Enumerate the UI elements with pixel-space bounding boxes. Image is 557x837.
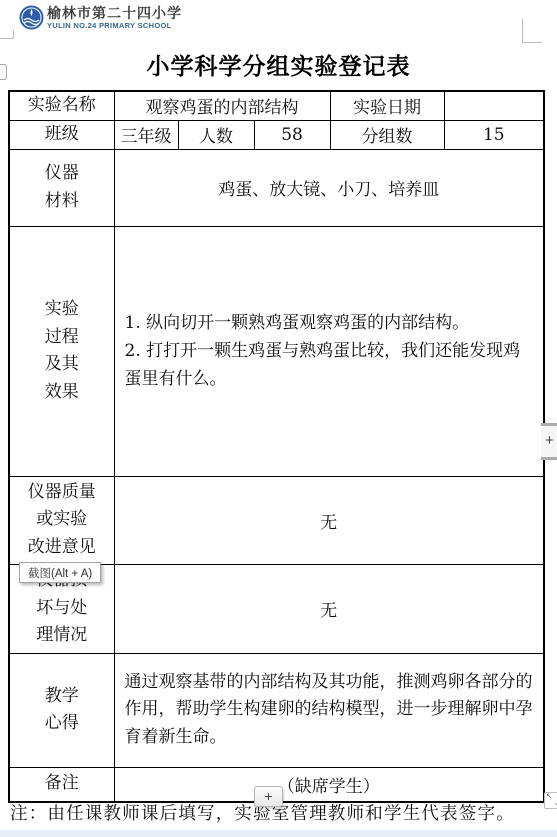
cell-procedure-value[interactable]: 1. 纵向切开一颗熟鸡蛋观察鸡蛋的内部结构。 2. 打打开一颗生鸡蛋与熟鸡蛋比较… bbox=[114, 226, 544, 476]
label-line: 心得 bbox=[10, 710, 114, 738]
cell-quality-feedback-label[interactable]: 仪器质量 或实验 改进意见 bbox=[9, 476, 114, 564]
cell-experiment-date-value[interactable] bbox=[444, 91, 544, 120]
cell-group-count-value[interactable]: 15 bbox=[444, 120, 544, 149]
arrow-nw-icon: ↖ bbox=[546, 792, 552, 800]
table-row: 班级 三年级 人数 58 分组数 15 bbox=[9, 120, 544, 149]
page-margin-mark-top-left bbox=[0, 30, 14, 39]
cell-headcount-label[interactable]: 人数 bbox=[178, 120, 254, 149]
label-line: 实验 bbox=[10, 296, 114, 324]
table-row: 教学 心得 通过观察基带的内部结构及其功能，推测鸡卵各部分的作用，帮助学生构建卵… bbox=[9, 653, 544, 767]
school-logo: 榆林市第二十四小学 YULIN NO.24 PRIMARY SCHOOL bbox=[19, 5, 182, 30]
cell-damage-handling-value[interactable]: 无 bbox=[114, 564, 544, 653]
experiment-form-table: 实验名称 观察鸡蛋的内部结构 实验日期 班级 三年级 人数 58 分组数 15 … bbox=[8, 90, 545, 803]
page-margin-mark-top-right bbox=[522, 19, 542, 43]
table-row: 实验名称 观察鸡蛋的内部结构 实验日期 bbox=[9, 91, 544, 120]
cell-procedure-label[interactable]: 实验 过程 及其 效果 bbox=[9, 226, 114, 476]
cell-materials-label[interactable]: 仪器 材料 bbox=[9, 149, 114, 226]
cell-headcount-value[interactable]: 58 bbox=[254, 120, 330, 149]
label-line: 效果 bbox=[10, 379, 114, 407]
label-line: 教学 bbox=[10, 683, 114, 711]
procedure-step: 2. 打打开一颗生鸡蛋与熟鸡蛋比较，我们还能发现鸡蛋里有什么。 bbox=[125, 337, 534, 393]
teaching-notes-text: 通过观察基带的内部结构及其功能，推测鸡卵各部分的作用，帮助学生构建卵的结构模型，… bbox=[125, 669, 534, 752]
cell-teaching-notes-label[interactable]: 教学 心得 bbox=[9, 653, 114, 767]
cell-class-value[interactable]: 三年级 bbox=[114, 120, 178, 149]
procedure-step: 1. 纵向切开一颗熟鸡蛋观察鸡蛋的内部结构。 bbox=[125, 309, 534, 337]
cell-experiment-date-label[interactable]: 实验日期 bbox=[330, 91, 444, 120]
right-plus-button[interactable]: + bbox=[541, 423, 557, 460]
cell-teaching-notes-value[interactable]: 通过观察基带的内部结构及其功能，推测鸡卵各部分的作用，帮助学生构建卵的结构模型，… bbox=[114, 653, 544, 767]
cell-class-label[interactable]: 班级 bbox=[9, 120, 114, 149]
table-row: 实验 过程 及其 效果 1. 纵向切开一颗熟鸡蛋观察鸡蛋的内部结构。 2. 打打… bbox=[9, 226, 544, 476]
bottom-edge-strip bbox=[0, 830, 557, 837]
label-line: 坏与处 bbox=[10, 595, 114, 623]
resize-handle-icon[interactable]: ↖ ↘ bbox=[544, 792, 557, 809]
page-title: 小学科学分组实验登记表 bbox=[0, 48, 557, 81]
cell-experiment-name-label[interactable]: 实验名称 bbox=[9, 91, 114, 120]
table-row: 仪器质量 或实验 改进意见 无 bbox=[9, 476, 544, 564]
cell-remarks-value[interactable]: （缺席学生） bbox=[114, 767, 544, 802]
label-line: 材料 bbox=[10, 188, 114, 216]
cell-remarks-label[interactable]: 备注 bbox=[9, 767, 114, 802]
label-line: 仪器质量 bbox=[10, 479, 114, 507]
cell-quality-feedback-value[interactable]: 无 bbox=[114, 476, 544, 564]
document-page: 榆林市第二十四小学 YULIN NO.24 PRIMARY SCHOOL 小学科… bbox=[0, 0, 557, 837]
label-line: 过程 bbox=[10, 324, 114, 352]
cell-experiment-name-value[interactable]: 观察鸡蛋的内部结构 bbox=[114, 91, 330, 120]
school-name-cn: 榆林市第二十四小学 bbox=[47, 5, 182, 21]
label-line: 或实验 bbox=[10, 506, 114, 534]
cell-group-count-label[interactable]: 分组数 bbox=[330, 120, 444, 149]
label-line: 仪器 bbox=[10, 160, 114, 188]
screenshot-tooltip: 截图(Alt + A) bbox=[19, 562, 101, 583]
bottom-plus-button[interactable]: + bbox=[254, 786, 283, 807]
school-name-en: YULIN NO.24 PRIMARY SCHOOL bbox=[47, 21, 182, 30]
cell-materials-value[interactable]: 鸡蛋、放大镜、小刀、培养皿 bbox=[114, 149, 544, 226]
label-line: 及其 bbox=[10, 351, 114, 379]
label-line: 理情况 bbox=[10, 622, 114, 650]
table-row: 仪器 材料 鸡蛋、放大镜、小刀、培养皿 bbox=[9, 149, 544, 226]
school-logo-icon bbox=[19, 5, 44, 30]
label-line: 改进意见 bbox=[10, 534, 114, 562]
